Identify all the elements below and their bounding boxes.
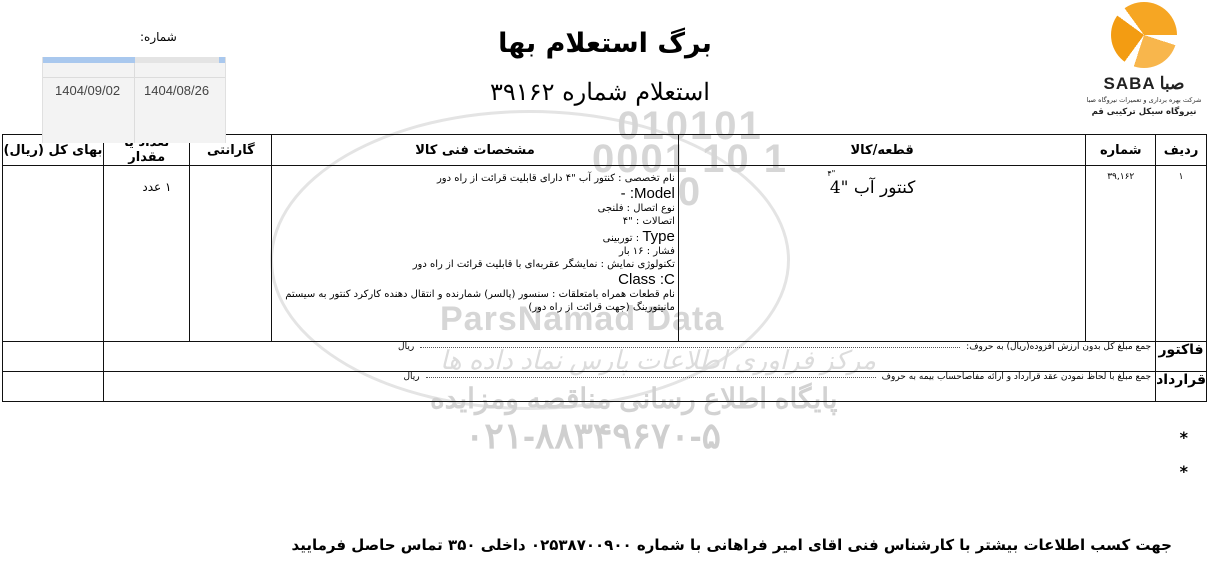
spec-line: نوع اتصال : فلنجی: [275, 202, 675, 215]
spec-type-value: : توربینی: [603, 233, 643, 244]
item-name: کنتور آب "4: [830, 178, 916, 198]
spec-line: فشار : ۱۶ بار: [275, 245, 675, 258]
note-bullet: *: [1180, 462, 1188, 481]
contract-amount-words: جمع مبلغ با لحاظ نمودن عقد قرارداد و ارا…: [103, 372, 1155, 402]
deadline-date: 1404/09/02: [55, 83, 120, 98]
warranty-cell: [190, 166, 272, 342]
table-row: ۱ ۳۹,۱۶۲ "۴ کنتور آب "4 نام تخصصی : کنتو…: [3, 166, 1207, 342]
date-box: 1404/09/02 1404/08/26: [42, 57, 226, 143]
logo-plant-name: نیروگاه سیکل ترکیبی قم: [1086, 107, 1202, 117]
issue-date: 1404/08/26: [144, 83, 209, 98]
spec-line: تکنولوژی نمایش : نمایشگر عقربه‌ای با قاب…: [275, 258, 675, 271]
divider: [134, 63, 135, 143]
number-label: شماره:: [140, 30, 177, 44]
spec-cell: نام تخصصی : کنتور آب "۴ دارای قابلیت قرا…: [272, 166, 679, 342]
invoice-text: جمع مبلغ کل بدون ارزش افزوده(ریال) به حر…: [966, 342, 1151, 352]
contract-line: جمع مبلغ با لحاظ نمودن عقد قرارداد و ارا…: [104, 372, 1151, 382]
spec-class: Class :C: [275, 271, 675, 288]
dotted-fill: [420, 347, 960, 348]
invoice-line: جمع مبلغ کل بدون ارزش افزوده(ریال) به حر…: [104, 342, 1151, 352]
quantity-cell: ۱ عدد: [103, 166, 190, 342]
total-price-cell: [3, 166, 104, 342]
dotted-fill: [426, 377, 876, 378]
contract-row: قرارداد جمع مبلغ با لحاظ نمودن عقد قرارد…: [3, 372, 1207, 402]
page-title: برگ استعلام بها: [0, 28, 1210, 59]
invoice-amount-words: جمع مبلغ کل بدون ارزش افزوده(ریال) به حر…: [103, 342, 1155, 372]
invoice-unit: ریال: [398, 342, 414, 352]
spec-type-line: Type : توربینی: [275, 228, 675, 245]
inquiry-table: ردیف شماره قطعه/کالا مشخصات فنی کالا گار…: [2, 134, 1207, 402]
company-logo: SABAصبا شرکت بهره برداری و تعمیرات نیروگ…: [1086, 2, 1202, 126]
spec-line: نام قطعات همراه بامتعلقات : سنسور (پالسر…: [275, 288, 675, 314]
contact-note: جهت کسب اطلاعات بیشتر با کارشناس فنی اقا…: [292, 536, 1172, 554]
item-size-note: "۴: [827, 169, 835, 178]
spec-model: Model: -: [275, 185, 675, 202]
date-box-header-seg: [135, 57, 219, 63]
contract-label: قرارداد: [1156, 372, 1207, 402]
invoice-row: فاکتور جمع مبلغ کل بدون ارزش افزوده(ریال…: [3, 342, 1207, 372]
contract-text: جمع مبلغ با لحاظ نمودن عقد قرارداد و ارا…: [882, 372, 1151, 382]
row-index: ۱: [1156, 166, 1207, 342]
col-item: قطعه/کالا: [678, 135, 1086, 166]
note-bullet: *: [1180, 428, 1188, 447]
date-box-header-seg: [219, 57, 225, 63]
watermark-phone: ۰۲۱-۸۸۳۴۹۶۷۰-۵: [465, 415, 721, 457]
col-number: شماره: [1086, 135, 1156, 166]
invoice-empty-cell: [3, 342, 104, 372]
item-cell: "۴ کنتور آب "4: [678, 166, 1086, 342]
date-box-header-seg: [43, 57, 135, 63]
row-number: ۳۹,۱۶۲: [1086, 166, 1156, 342]
contract-empty-cell: [3, 372, 104, 402]
invoice-label: فاکتور: [1156, 342, 1207, 372]
col-spec: مشخصات فنی کالا: [272, 135, 679, 166]
spec-line: نام تخصصی : کنتور آب "۴ دارای قابلیت قرا…: [275, 172, 675, 185]
spec-type-label: Type: [642, 228, 675, 245]
contract-unit: ریال: [404, 372, 420, 382]
col-row: ردیف: [1156, 135, 1207, 166]
spec-line: اتصالات : "۴: [275, 215, 675, 228]
